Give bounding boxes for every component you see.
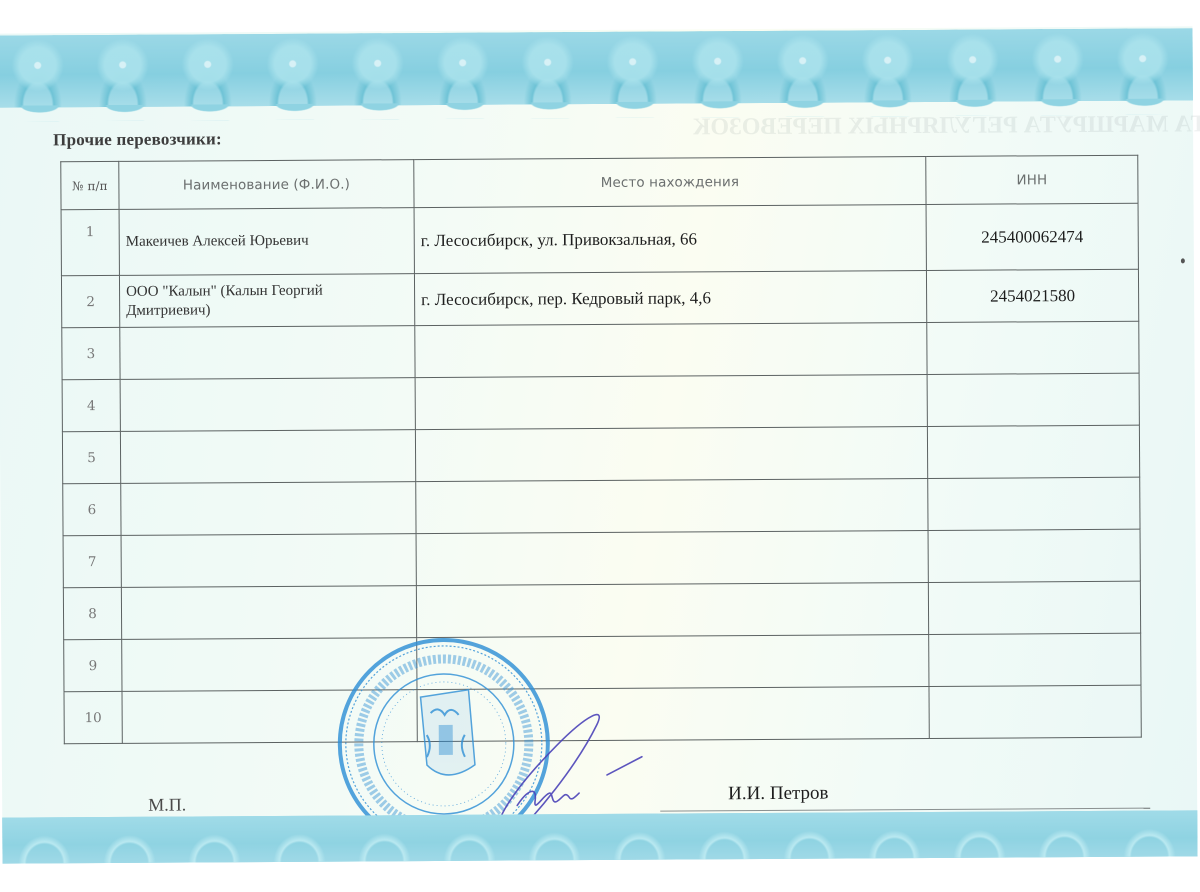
decorative-bottom-border [2, 810, 1197, 863]
carrier-inn [927, 373, 1139, 426]
table-row: 9 [64, 633, 1141, 692]
carrier-inn [927, 321, 1139, 374]
carrier-inn [928, 529, 1140, 582]
document-page: КАРТА МАРШРУТА РЕГУЛЯРНЫХ ПЕРЕВОЗОК Проч… [0, 26, 1198, 863]
row-number: 2 [61, 275, 119, 327]
carrier-inn [927, 425, 1139, 478]
carrier-name [120, 326, 415, 380]
row-number: 4 [62, 379, 120, 431]
carrier-name [122, 690, 417, 744]
carrier-location [417, 686, 929, 741]
header-number: № п/п [61, 161, 119, 209]
carrier-name [120, 378, 415, 432]
carrier-location [415, 322, 927, 377]
carrier-name [121, 482, 416, 536]
table-header-row: № п/п Наименование (Ф.И.О.) Место нахожд… [61, 155, 1138, 210]
carrier-name [121, 586, 416, 640]
carrier-location: г. Лесосибирск, пер. Кедровый парк, 4,6 [414, 270, 926, 325]
carrier-location: г. Лесосибирск, ул. Привокзальная, 66 [414, 204, 926, 273]
row-number: 8 [63, 587, 121, 639]
carrier-name [121, 534, 416, 588]
carrier-inn [928, 477, 1140, 530]
carriers-table: № п/п Наименование (Ф.И.О.) Место нахожд… [60, 155, 1142, 745]
row-number: 3 [62, 327, 120, 379]
table-row: 7 [63, 529, 1140, 588]
table-row: 4 [62, 373, 1139, 432]
carrier-location [416, 530, 928, 585]
header-inn: ИНН [926, 155, 1138, 204]
row-number: 9 [64, 639, 122, 691]
decorative-top-border [0, 28, 1193, 107]
carrier-name: Макеичев Алексей Юрьевич [119, 208, 414, 276]
carrier-location [415, 426, 927, 481]
table-row: 5 [62, 425, 1139, 484]
table-row: 8 [63, 581, 1140, 640]
signer-name: И.И. Петров [728, 783, 828, 806]
carrier-name: ООО "Калын" (Калын Георгий Дмитриевич) [119, 274, 414, 328]
scan-speck [1181, 258, 1185, 263]
row-number: 6 [63, 483, 121, 535]
table-row: 2ООО "Калын" (Калын Георгий Дмитриевич)г… [61, 269, 1138, 328]
header-location: Место нахождения [414, 156, 926, 207]
carrier-inn [929, 685, 1141, 738]
carrier-location [416, 582, 928, 637]
header-name: Наименование (Ф.И.О.) [119, 160, 414, 210]
carrier-location [416, 478, 928, 533]
table-row: 1Макеичев Алексей Юрьевичг. Лесосибирск,… [61, 203, 1138, 276]
carrier-location [415, 374, 927, 429]
carrier-name [120, 430, 415, 484]
seal-placeholder-label: М.П. [148, 795, 186, 816]
carrier-inn: 2454021580 [926, 269, 1138, 322]
table-row: 6 [63, 477, 1140, 536]
carrier-inn [929, 633, 1141, 686]
carrier-inn [928, 581, 1140, 634]
table-row: 3 [62, 321, 1139, 380]
row-number: 1 [61, 209, 119, 275]
row-number: 7 [63, 535, 121, 587]
row-number: 5 [62, 431, 120, 483]
section-title: Прочие перевозчики: [53, 129, 222, 150]
carrier-name [122, 638, 417, 692]
table-row: 10 [64, 685, 1141, 744]
carrier-location [417, 634, 929, 689]
row-number: 10 [64, 691, 122, 743]
carrier-inn: 245400062474 [926, 203, 1138, 270]
